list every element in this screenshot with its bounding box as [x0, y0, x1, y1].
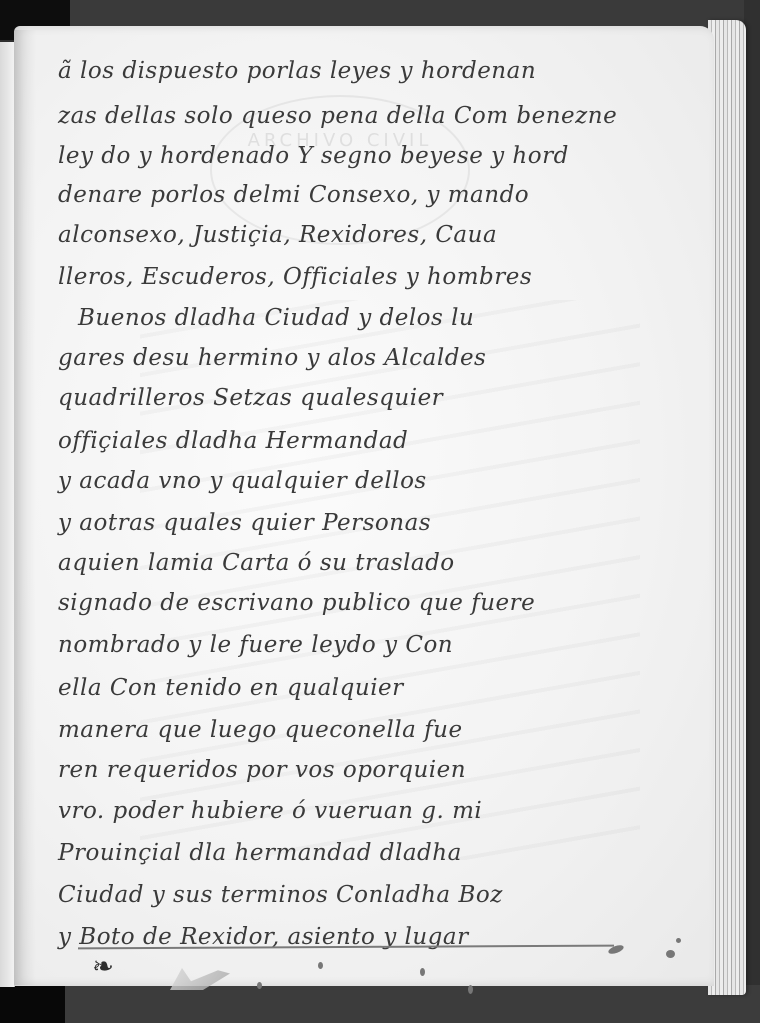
ink-spot: [257, 982, 262, 989]
ink-spot: [420, 968, 425, 976]
manuscript-line: ella Con tenido en qualquier: [58, 675, 404, 701]
ink-spot: [468, 985, 473, 994]
manuscript-line: ren requeridos por vos oporquien: [58, 757, 466, 783]
ink-spot: [318, 962, 323, 969]
gutter-shadow: [14, 30, 36, 985]
scanner-background-bottom-corner: [0, 985, 65, 1023]
manuscript-line: y acada vno y qualquier dellos: [58, 468, 427, 494]
manuscript-line: y aotras quales quier Personas: [58, 510, 431, 536]
rubric-flourish-icon: ❧: [88, 950, 118, 984]
manuscript-line: Buenos dladha Ciudad y delos lu: [78, 305, 474, 331]
manuscript-line: ley do y hordenado Y segno beyese y hord: [58, 143, 569, 169]
manuscript-line: quadrilleros Setzas qualesquier: [58, 385, 443, 411]
manuscript-line: aquien lamia Carta ó su traslado: [58, 550, 455, 576]
manuscript-line: denare porlos delmi Consexo, y mando: [58, 182, 529, 208]
manuscript-line: lleros, Escuderos, Officiales y hombres: [58, 264, 532, 290]
scanner-background-bottom: [0, 985, 760, 1023]
ink-spot: [666, 950, 675, 958]
manuscript-line: Ciudad y sus terminos Conladha Boz: [58, 882, 503, 908]
manuscript-line: vro. poder hubiere ó vueruan g. mi: [58, 798, 482, 824]
ink-spot: [676, 938, 681, 943]
scanner-background-right: [744, 0, 760, 1023]
manuscript-line: signado de escrivano publico que fuere: [58, 590, 535, 616]
manuscript-line: ã los dispuesto porlas leyes y hordenan: [58, 58, 536, 84]
manuscript-line: Prouinçial dla hermandad dladha: [58, 840, 462, 866]
manuscript-line: alconsexo, Justiçia, Rexidores, Caua: [58, 222, 497, 248]
manuscript-line: zas dellas solo queso pena della Com ben…: [58, 103, 617, 129]
manuscript-line: manera que luego queconella fue: [58, 717, 463, 743]
manuscript-line: offiçiales dladha Hermandad: [58, 428, 408, 454]
manuscript-line: gares desu hermino y alos Alcaldes: [58, 345, 486, 371]
facing-page-edge: [0, 42, 15, 987]
manuscript-line: nombrado y le fuere leydo y Con: [58, 632, 453, 658]
